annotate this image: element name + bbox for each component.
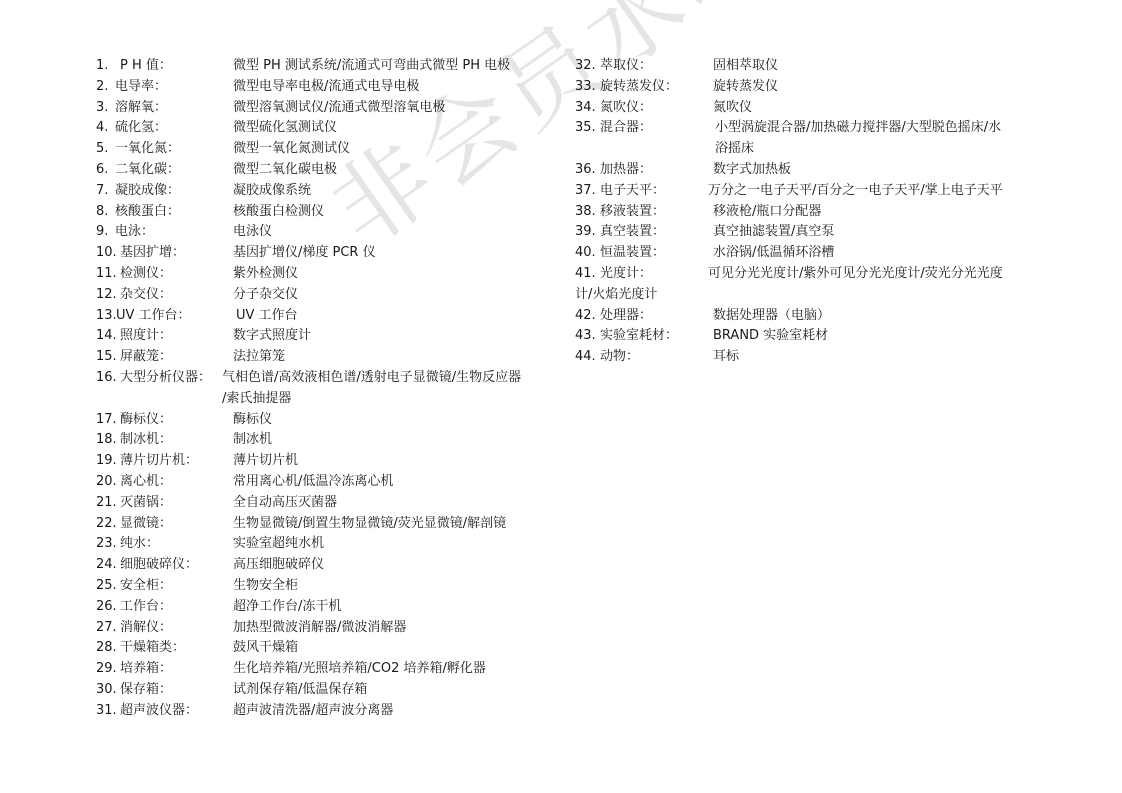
item-number: 4.: [96, 118, 108, 139]
item-number: 21.: [96, 493, 117, 514]
item-label: 动物：: [600, 347, 639, 368]
item-value: 耳标: [713, 347, 739, 368]
item-value: 微型溶氧测试仪/流通式微型溶氧电极: [233, 98, 445, 119]
item-label: 二氧化碳：: [115, 160, 180, 181]
item-value: 真空抽滤装置/真空泵: [713, 222, 834, 243]
item-number: 38.: [575, 202, 596, 223]
item-value: 凝胶成像系统: [233, 181, 311, 202]
left-column: 1.P H 值：微型 PH 测试系统/流通式可弯曲式微型 PH 电极 2.电导率…: [96, 56, 566, 722]
list-item: 29.培养箱：生化培养箱/光照培养箱/CO2 培养箱/孵化器: [96, 659, 566, 680]
list-item: 7.凝胶成像：凝胶成像系统: [96, 181, 566, 202]
list-item: 33.旋转蒸发仪：旋转蒸发仪: [575, 77, 1035, 98]
item-label: 显微镜：: [120, 514, 172, 535]
item-number: 27.: [96, 618, 117, 639]
item-label: 旋转蒸发仪：: [600, 77, 678, 98]
item-number: 25.: [96, 576, 117, 597]
item-value: 酶标仪: [233, 410, 272, 431]
item-number: 35.: [575, 118, 596, 139]
item-number: 5.: [96, 139, 108, 160]
list-item: 19.薄片切片机：薄片切片机: [96, 451, 566, 472]
list-item: 26.工作台：超净工作台/冻干机: [96, 597, 566, 618]
item-number: 39.: [575, 222, 596, 243]
item-number: 41.: [575, 264, 596, 285]
item-value: 固相萃取仪: [713, 56, 778, 77]
list-item: 11.检测仪：紫外检测仪: [96, 264, 566, 285]
item-value: 鼓风干燥箱: [233, 638, 298, 659]
item-number: 2.: [96, 77, 108, 98]
item-label: 电子天平：: [600, 181, 665, 202]
item-label: 光度计：: [600, 264, 652, 285]
list-item: 42.处理器：数据处理器（电脑）: [575, 306, 1035, 327]
item-value: 小型涡旋混合器/加热磁力搅拌器/大型脱色摇床/水: [715, 118, 1001, 139]
item-value: 薄片切片机: [233, 451, 298, 472]
item-value: 分子杂交仪: [233, 285, 298, 306]
item-number: 31.: [96, 701, 117, 722]
item-label: 灭菌锅：: [120, 493, 172, 514]
list-item: 5.一氧化氮：微型一氧化氮测试仪: [96, 139, 566, 160]
item-value: 紫外检测仪: [233, 264, 298, 285]
item-label: 消解仪：: [120, 618, 172, 639]
list-item: 35.混合器：小型涡旋混合器/加热磁力搅拌器/大型脱色摇床/水浴摇床: [575, 118, 1035, 160]
list-item: 36.加热器：数字式加热板: [575, 160, 1035, 181]
item-label: 纯水：: [120, 534, 159, 555]
list-item: 27.消解仪：加热型微波消解器/微波消解器: [96, 618, 566, 639]
item-number: 44.: [575, 347, 596, 368]
item-value: 微型硫化氢测试仪: [233, 118, 337, 139]
list-item: 21.灭菌锅：全自动高压灭菌器: [96, 493, 566, 514]
item-label: 电导率：: [115, 77, 167, 98]
item-value: 加热型微波消解器/微波消解器: [233, 618, 406, 639]
item-number: 10.: [96, 243, 117, 264]
item-value: 数字式照度计: [233, 326, 311, 347]
item-label: 凝胶成像：: [115, 181, 180, 202]
item-value: 制冰机: [233, 430, 272, 451]
item-label: 大型分析仪器：: [120, 368, 211, 389]
list-item: 2.电导率：微型电导率电极/流通式电导电极: [96, 77, 566, 98]
item-number: 9.: [96, 222, 108, 243]
item-label: 安全柜：: [120, 576, 172, 597]
item-label: 薄片切片机：: [120, 451, 198, 472]
list-item: 13.UV 工作台：UV 工作台: [96, 306, 566, 327]
list-item: 30.保存箱：试剂保存箱/低温保存箱: [96, 680, 566, 701]
item-number: 32.: [575, 56, 596, 77]
item-value-continued: 计/火焰光度计: [575, 285, 657, 306]
item-value: 生物显微镜/倒置生物显微镜/荧光显微镜/解剖镜: [233, 514, 506, 535]
list-item: 20.离心机：常用离心机/低温冷冻离心机: [96, 472, 566, 493]
item-value: 法拉第笼: [233, 347, 285, 368]
item-label: 恒温装置：: [600, 243, 665, 264]
item-number: 18.: [96, 430, 117, 451]
list-item: 4.硫化氢：微型硫化氢测试仪: [96, 118, 566, 139]
list-item: 40.恒温装置：水浴锅/低温循环浴槽: [575, 243, 1035, 264]
list-item: 31.超声波仪器：超声波清洗器/超声波分离器: [96, 701, 566, 722]
item-value: 氮吹仪: [713, 98, 752, 119]
item-value: 水浴锅/低温循环浴槽: [713, 243, 834, 264]
item-value: 高压细胞破碎仪: [233, 555, 324, 576]
item-label: 核酸蛋白：: [115, 202, 180, 223]
list-item: 8.核酸蛋白：核酸蛋白检测仪: [96, 202, 566, 223]
list-item: 15.屏蔽笼：法拉第笼: [96, 347, 566, 368]
item-number: 12.: [96, 285, 117, 306]
item-value: 超声波清洗器/超声波分离器: [233, 701, 393, 722]
item-label: 混合器：: [600, 118, 652, 139]
item-label: 移液装置：: [600, 202, 665, 223]
list-item: 43.实验室耗材：BRAND 实验室耗材: [575, 326, 1035, 347]
item-value: 移液枪/瓶口分配器: [713, 202, 821, 223]
list-item: 38.移液装置：移液枪/瓶口分配器: [575, 202, 1035, 223]
list-item: 34.氮吹仪：氮吹仪: [575, 98, 1035, 119]
item-number: 30.: [96, 680, 117, 701]
list-item: 16.大型分析仪器：气相色谱/高效液相色谱/透射电子显微镜/生物反应器/索氏抽提…: [96, 368, 566, 410]
list-item: 9.电泳：电泳仪: [96, 222, 566, 243]
item-value: UV 工作台: [236, 306, 298, 327]
document-page: 1.P H 值：微型 PH 测试系统/流通式可弯曲式微型 PH 电极 2.电导率…: [0, 0, 1122, 793]
list-item: 28.干燥箱类：鼓风干燥箱: [96, 638, 566, 659]
item-label: 超声波仪器：: [120, 701, 198, 722]
item-value: 万分之一电子天平/百分之一电子天平/掌上电子天平: [708, 181, 1003, 202]
item-label: 溶解氧：: [115, 98, 167, 119]
item-label: UV 工作台：: [116, 306, 191, 327]
item-number: 23.: [96, 534, 117, 555]
item-number: 29.: [96, 659, 117, 680]
list-item: 37.电子天平：万分之一电子天平/百分之一电子天平/掌上电子天平: [575, 181, 1035, 202]
item-value: 生物安全柜: [233, 576, 298, 597]
item-value: 可见分光光度计/紫外可见分光光度计/荧光分光光度: [708, 264, 1003, 285]
item-label: 一氧化氮：: [115, 139, 180, 160]
item-label: 杂交仪：: [120, 285, 172, 306]
item-value: BRAND 实验室耗材: [713, 326, 828, 347]
item-label: 酶标仪：: [120, 410, 172, 431]
item-label: 干燥箱类：: [120, 638, 185, 659]
item-label: P H 值：: [120, 56, 172, 77]
item-number: 20.: [96, 472, 117, 493]
item-label: 硫化氢：: [115, 118, 167, 139]
list-item: 10.基因扩增：基因扩增仪/梯度 PCR 仪: [96, 243, 566, 264]
list-item: 25.安全柜：生物安全柜: [96, 576, 566, 597]
item-value: 电泳仪: [233, 222, 272, 243]
item-number: 22.: [96, 514, 117, 535]
item-value: 实验室超纯水机: [233, 534, 324, 555]
item-number: 7.: [96, 181, 108, 202]
item-value-continued: /索氏抽提器: [222, 389, 291, 410]
item-number: 28.: [96, 638, 117, 659]
item-label: 电泳：: [115, 222, 154, 243]
list-item: 44.动物：耳标: [575, 347, 1035, 368]
item-number: 43.: [575, 326, 596, 347]
item-value: 微型二氧化碳电极: [233, 160, 337, 181]
item-number: 8.: [96, 202, 108, 223]
list-item: 1.P H 值：微型 PH 测试系统/流通式可弯曲式微型 PH 电极: [96, 56, 566, 77]
item-label: 离心机：: [120, 472, 172, 493]
item-number: 37.: [575, 181, 596, 202]
item-value: 微型 PH 测试系统/流通式可弯曲式微型 PH 电极: [233, 56, 510, 77]
right-column: 32.萃取仪：固相萃取仪 33.旋转蒸发仪：旋转蒸发仪 34.氮吹仪：氮吹仪 3…: [575, 56, 1035, 368]
item-label: 真空装置：: [600, 222, 665, 243]
item-value: 微型电导率电极/流通式电导电极: [233, 77, 419, 98]
item-label: 氮吹仪：: [600, 98, 652, 119]
item-value: 基因扩增仪/梯度 PCR 仪: [233, 243, 376, 264]
item-label: 照度计：: [120, 326, 172, 347]
item-value: 试剂保存箱/低温保存箱: [233, 680, 367, 701]
item-value: 旋转蒸发仪: [713, 77, 778, 98]
item-label: 保存箱：: [120, 680, 172, 701]
item-value: 微型一氧化氮测试仪: [233, 139, 350, 160]
item-label: 屏蔽笼：: [120, 347, 172, 368]
item-number: 24.: [96, 555, 117, 576]
item-number: 3.: [96, 98, 108, 119]
list-item: 41.光度计：可见分光光度计/紫外可见分光光度计/荧光分光光度计/火焰光度计: [575, 264, 1035, 306]
item-label: 处理器：: [600, 306, 652, 327]
item-number: 26.: [96, 597, 117, 618]
item-number: 11.: [96, 264, 117, 285]
item-number: 1.: [96, 56, 108, 77]
list-item: 6.二氧化碳：微型二氧化碳电极: [96, 160, 566, 181]
item-label: 制冰机：: [120, 430, 172, 451]
item-number: 33.: [575, 77, 596, 98]
item-label: 基因扩增：: [120, 243, 185, 264]
list-item: 24.细胞破碎仪：高压细胞破碎仪: [96, 555, 566, 576]
list-item: 39.真空装置：真空抽滤装置/真空泵: [575, 222, 1035, 243]
item-number: 16.: [96, 368, 117, 389]
item-value: 气相色谱/高效液相色谱/透射电子显微镜/生物反应器: [222, 368, 521, 389]
item-value: 全自动高压灭菌器: [233, 493, 337, 514]
item-label: 实验室耗材：: [600, 326, 678, 347]
list-item: 32.萃取仪：固相萃取仪: [575, 56, 1035, 77]
item-label: 加热器：: [600, 160, 652, 181]
item-value: 超净工作台/冻干机: [233, 597, 341, 618]
item-value-continued: 浴摇床: [715, 139, 754, 160]
item-number: 42.: [575, 306, 596, 327]
item-label: 培养箱：: [120, 659, 172, 680]
item-number: 6.: [96, 160, 108, 181]
item-label: 工作台：: [120, 597, 172, 618]
item-label: 细胞破碎仪：: [120, 555, 198, 576]
item-number: 19.: [96, 451, 117, 472]
list-item: 12.杂交仪：分子杂交仪: [96, 285, 566, 306]
list-item: 17.酶标仪：酶标仪: [96, 410, 566, 431]
item-number: 36.: [575, 160, 596, 181]
item-value: 核酸蛋白检测仪: [233, 202, 324, 223]
item-value: 生化培养箱/光照培养箱/CO2 培养箱/孵化器: [233, 659, 486, 680]
item-number: 17.: [96, 410, 117, 431]
item-number: 15.: [96, 347, 117, 368]
item-label: 检测仪：: [120, 264, 172, 285]
item-number: 40.: [575, 243, 596, 264]
item-value: 数字式加热板: [713, 160, 791, 181]
item-number: 14.: [96, 326, 117, 347]
list-item: 22.显微镜：生物显微镜/倒置生物显微镜/荧光显微镜/解剖镜: [96, 514, 566, 535]
list-item: 3.溶解氧：微型溶氧测试仪/流通式微型溶氧电极: [96, 98, 566, 119]
list-item: 23.纯水：实验室超纯水机: [96, 534, 566, 555]
item-number: 13.: [96, 306, 117, 327]
item-value: 常用离心机/低温冷冻离心机: [233, 472, 393, 493]
list-item: 14.照度计：数字式照度计: [96, 326, 566, 347]
item-label: 萃取仪：: [600, 56, 652, 77]
list-item: 18.制冰机：制冰机: [96, 430, 566, 451]
item-value: 数据处理器（电脑）: [713, 306, 830, 327]
item-number: 34.: [575, 98, 596, 119]
